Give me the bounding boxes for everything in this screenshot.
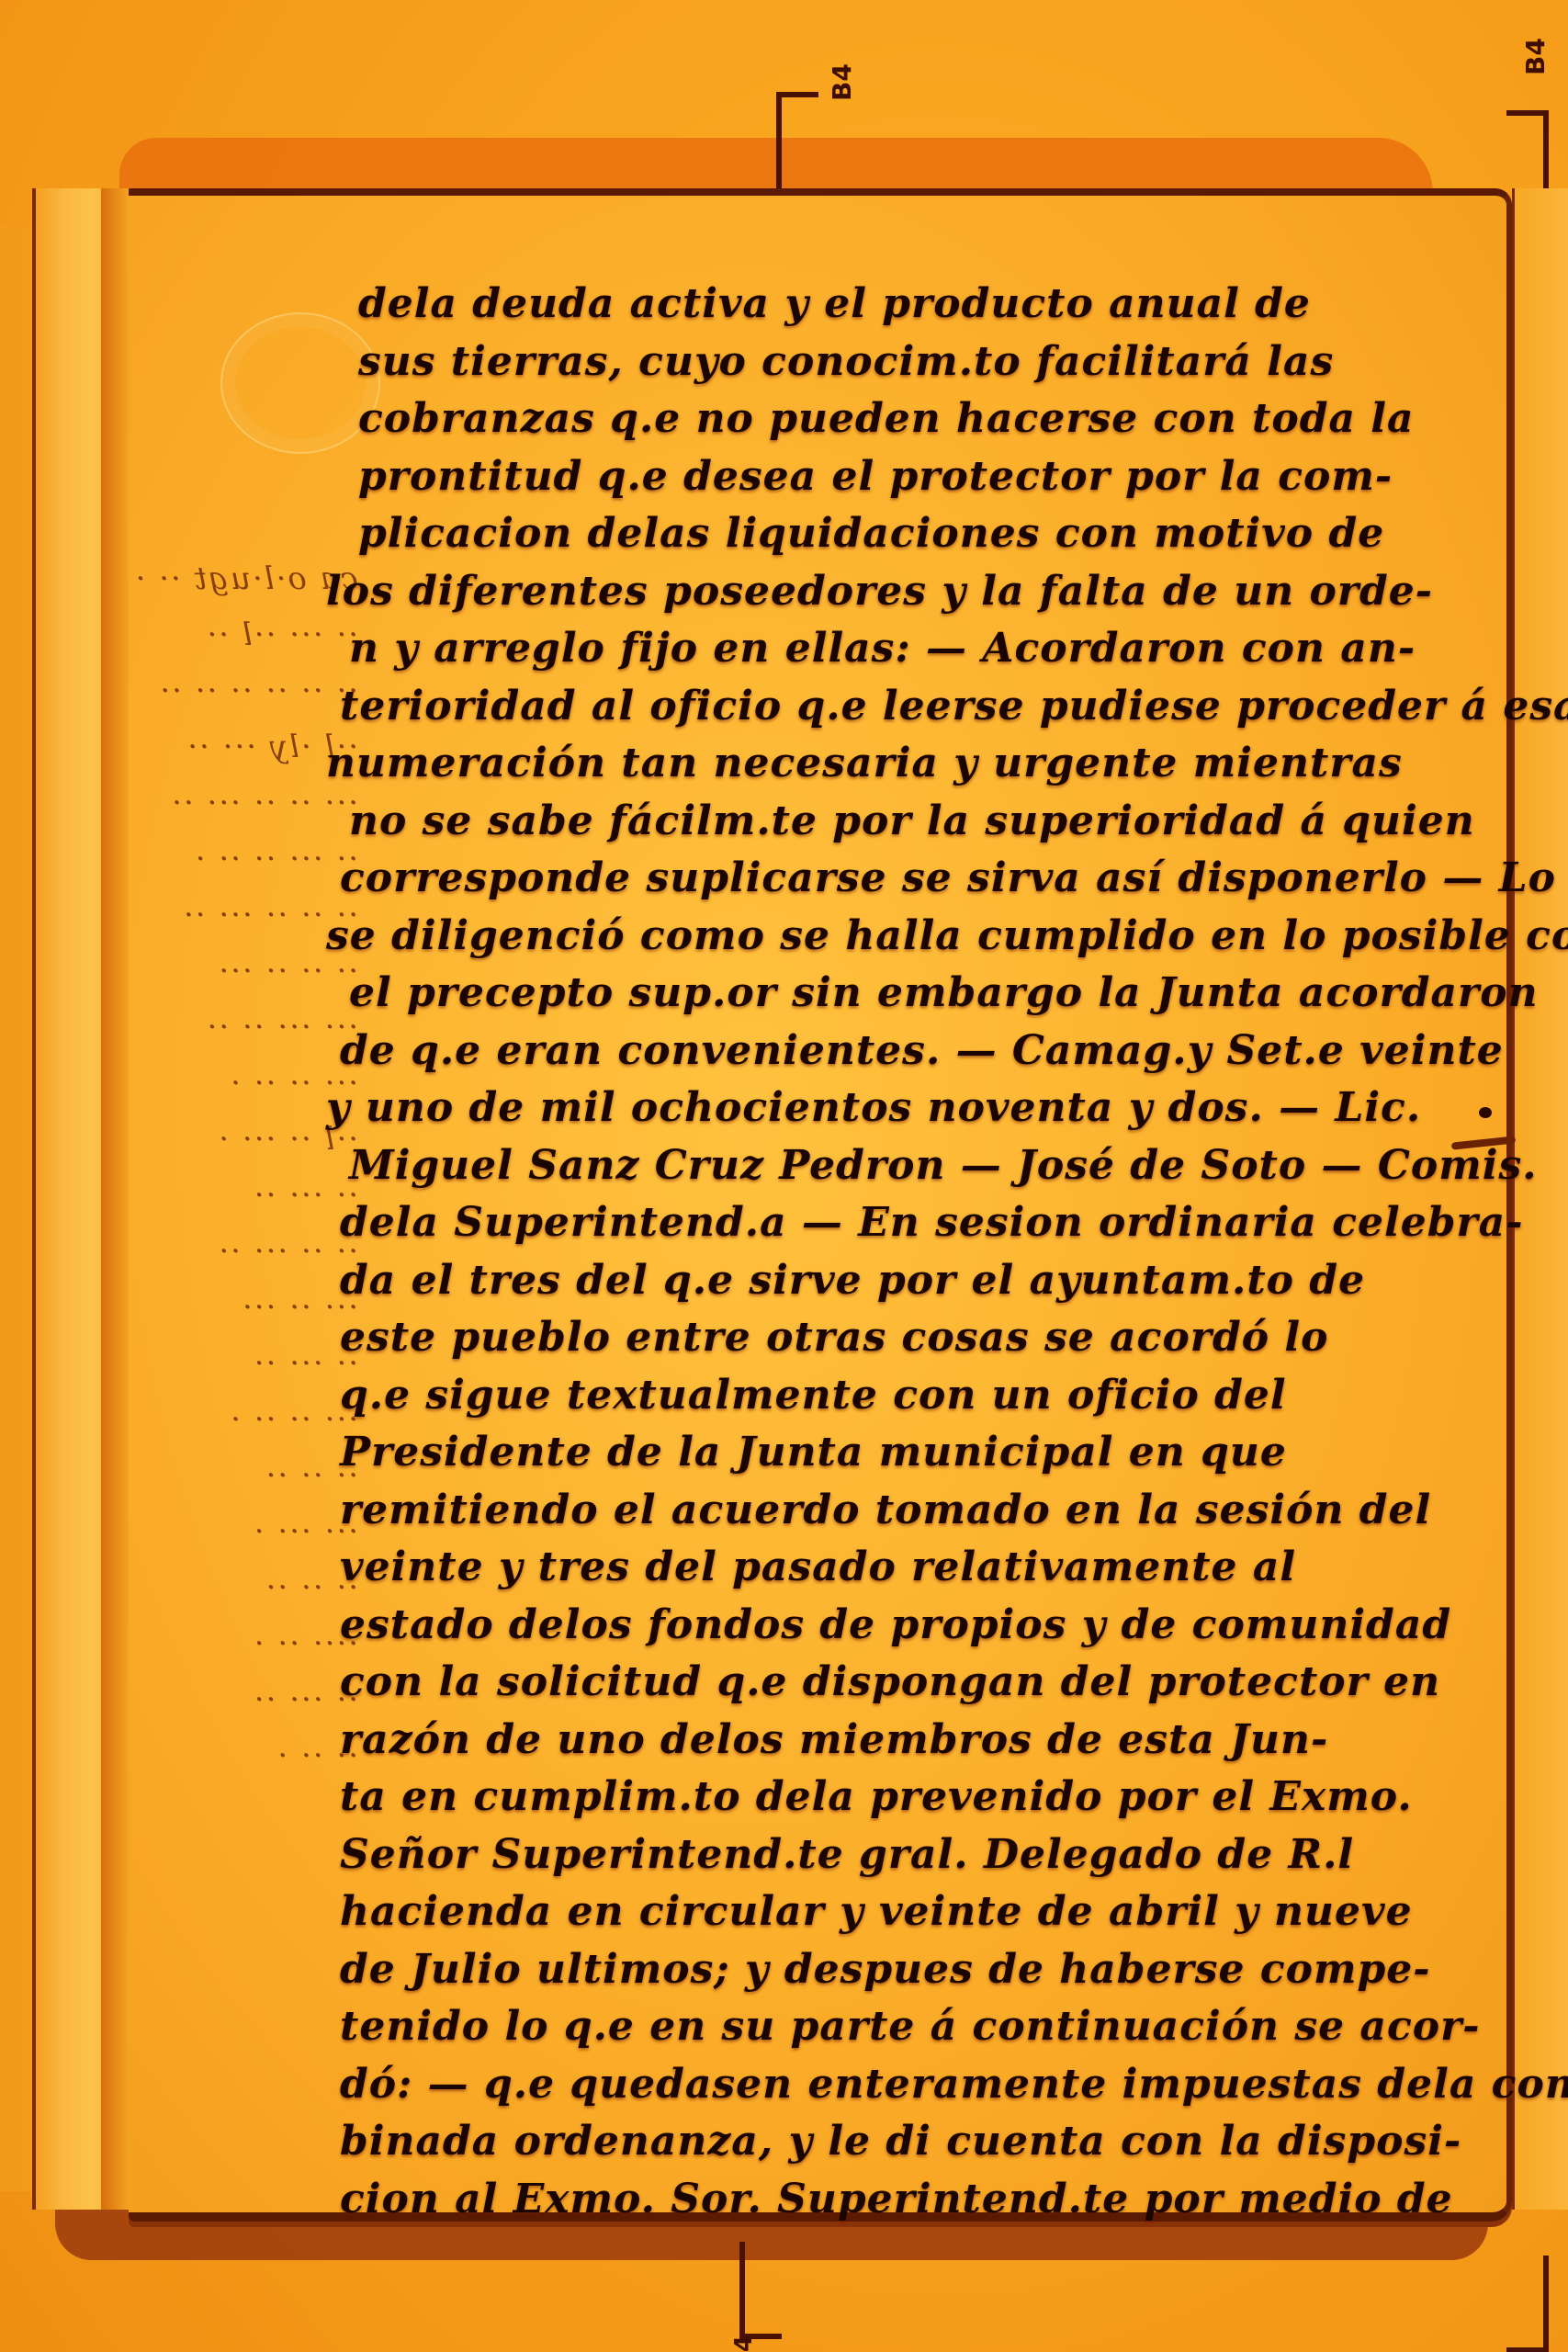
manuscript-line: plicacion delas liquidaciones con motivo… bbox=[358, 505, 1415, 563]
crop-mark-bottom-right bbox=[1506, 2256, 1549, 2352]
ink-dot bbox=[1479, 1107, 1492, 1118]
manuscript-line: dela Superintend.a — En sesion ordinaria… bbox=[340, 1194, 1415, 1252]
crop-mark-top-left bbox=[776, 92, 818, 189]
bleed-through-line: ca o·l·ugt ·· ·· ·· bbox=[138, 551, 358, 607]
manuscript-line: n y arreglo fijo en ellas: — Acordaron c… bbox=[349, 620, 1415, 678]
manuscript-line: remitiendo el acuerdo tomado en la sesió… bbox=[340, 1482, 1415, 1540]
embossed-seal-icon bbox=[220, 312, 380, 454]
bleed-through-line: ·· ·· ·· ·· ·· ·· bbox=[138, 663, 358, 719]
manuscript-line: no se sabe fácilm.te por la superioridad… bbox=[349, 793, 1415, 851]
bleed-through-line: ··· ··· ·· ·· bbox=[138, 1000, 358, 1056]
crop-label-bottom: 4 bbox=[730, 2335, 758, 2352]
manuscript-line: terioridad al oficio q.e leerse pudiese … bbox=[340, 678, 1415, 736]
manuscript-line: Presidente de la Junta municipal en que bbox=[340, 1424, 1415, 1482]
manuscript-line: Miguel Sanz Cruz Pedron — José de Soto —… bbox=[349, 1137, 1415, 1195]
crop-label-top-left: B4 bbox=[827, 63, 857, 101]
bleed-through-line: ··· ·· ·· · bbox=[138, 1392, 358, 1448]
manuscript-line: corresponde suplicarse se sirva así disp… bbox=[340, 850, 1415, 908]
bleed-through-line: ·· ·· ·· ··· ·· bbox=[138, 888, 358, 944]
manuscript-line: hacienda en circular y veinte de abril y… bbox=[340, 1883, 1415, 1941]
bleed-through-line: ···· ·· · bbox=[138, 1616, 358, 1672]
manuscript-line: sus tierras, cuyo conocim.to facilitará … bbox=[358, 334, 1415, 391]
bleed-through-line: ··· ·· ·· ··· ·· bbox=[138, 775, 358, 831]
bleed-through-line: ·· ··· ·· ·· · bbox=[138, 831, 358, 888]
manuscript-line: prontitud q.e desea el protector por la … bbox=[358, 448, 1415, 506]
manuscript-line: se diligenció como se halla cumplido en … bbox=[326, 908, 1415, 966]
bleed-through-line: ·· ·· ··· ·· bbox=[138, 1224, 358, 1280]
bleed-through-line: ·· ··· ··l ·· bbox=[138, 607, 358, 663]
manuscript-line: binada ordenanza, y le di cuenta con la … bbox=[340, 2113, 1415, 2171]
bleed-through-line: ·· ·· ·· ··· bbox=[138, 944, 358, 1000]
manuscript-line: de Julio ultimos; y despues de haberse c… bbox=[340, 1941, 1415, 1999]
bleed-through-line: ··· ··· · bbox=[138, 1504, 358, 1560]
manuscript-line: da el tres del q.e sirve por el ayuntam.… bbox=[340, 1252, 1415, 1310]
crop-mark-bottom-left bbox=[739, 2242, 782, 2339]
bleed-through-line: ·· ··· ·· bbox=[138, 1336, 358, 1392]
handwritten-text: dela deuda activa y el producto anual de… bbox=[358, 276, 1415, 2228]
bleed-through-line: ·· ··· ·· bbox=[138, 1168, 358, 1224]
bleed-through-line: ·· ·· · bbox=[138, 1728, 358, 1784]
manuscript-line: los diferentes poseedores y la falta de … bbox=[326, 563, 1415, 621]
manuscript-line: ta en cumplim.to dela prevenido por el E… bbox=[340, 1769, 1415, 1826]
bleed-through-line: ··· ·· ··· bbox=[138, 1280, 358, 1336]
manuscript-line: el precepto sup.or sin embargo la Junta … bbox=[349, 965, 1415, 1023]
margin-bleed-through: ca o·l·ugt ·· ·· ···· ··· ··l ···· ·· ··… bbox=[138, 551, 358, 1784]
manuscript-line: este pueblo entre otras cosas se acordó … bbox=[340, 1309, 1415, 1367]
manuscript-line: cion al Exmo. Sor. Superintend.te por me… bbox=[340, 2171, 1415, 2229]
manuscript-line: dela deuda activa y el producto anual de bbox=[358, 276, 1415, 334]
manuscript-line: estado delos fondos de propios y de comu… bbox=[340, 1597, 1415, 1655]
manuscript-line: Señor Superintend.te gral. Delegado de R… bbox=[340, 1826, 1415, 1884]
manuscript-line: con la solicitud q.e dispongan del prote… bbox=[340, 1654, 1415, 1712]
manuscript-line: veinte y tres del pasado relativamente a… bbox=[340, 1539, 1415, 1597]
binding-fold bbox=[101, 188, 131, 2210]
manuscript-line: y uno de mil ochocientos noventa y dos. … bbox=[326, 1080, 1415, 1137]
manuscript-line: razón de uno delos miembros de esta Jun- bbox=[340, 1712, 1415, 1770]
bleed-through-line: ··l ·· ··· · bbox=[138, 1112, 358, 1168]
manuscript-line: de q.e eran convenientes. — Camag.y Set.… bbox=[340, 1023, 1415, 1080]
bleed-through-line: ·· ··· ·· bbox=[138, 1672, 358, 1728]
bleed-through-line: ·· ·· ·· bbox=[138, 1560, 358, 1616]
bleed-through-line: ··· ·· ·· · bbox=[138, 1056, 358, 1112]
crop-label-top-right: B4 bbox=[1520, 38, 1551, 75]
manuscript-line: tenido lo q.e en su parte á continuación… bbox=[340, 1998, 1415, 2056]
bleed-through-line: ··l ·ly ··· ·· bbox=[138, 719, 358, 775]
bleed-through-line: ·· ·· ·· bbox=[138, 1448, 358, 1504]
manuscript-photo: B4 B4 4 ca o·l·ugt ·· ·· ···· ··· ··l ··… bbox=[0, 0, 1568, 2352]
manuscript-line: dó: — q.e quedasen enteramente impuestas… bbox=[340, 2056, 1415, 2114]
manuscript-line: numeración tan necesaria y urgente mient… bbox=[326, 735, 1415, 793]
manuscript-line: cobranzas q.e no pueden hacerse con toda… bbox=[358, 390, 1415, 448]
manuscript-line: q.e sigue textualmente con un oficio del bbox=[340, 1367, 1415, 1425]
